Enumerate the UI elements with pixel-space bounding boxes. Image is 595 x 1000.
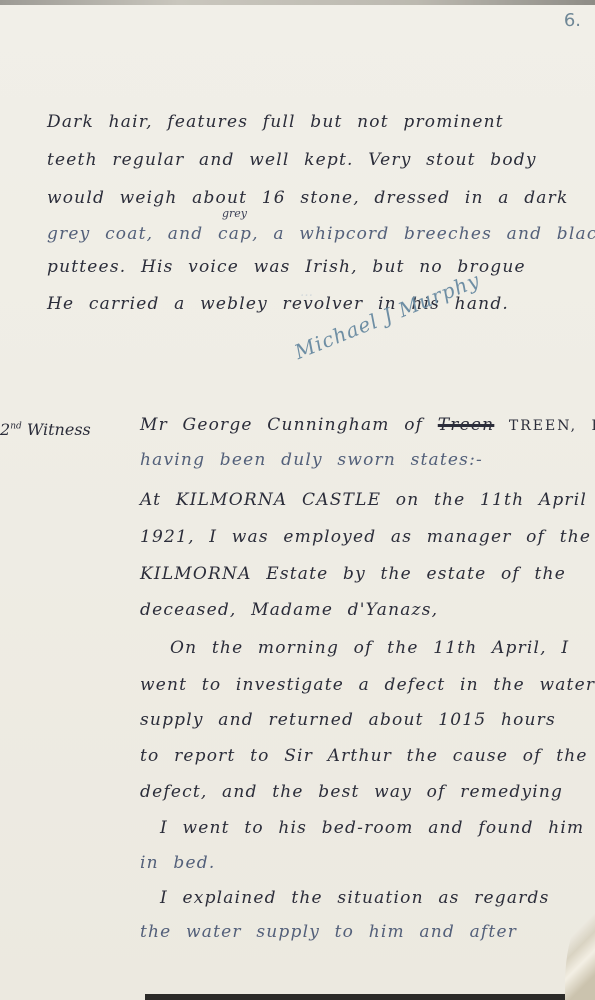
statement-line: At KILMORNA CASTLE on the 11th April xyxy=(140,490,587,510)
statement-line: deceased, Madame d'Yanazs, xyxy=(140,600,438,620)
statement-line: I went to his bed-room and found him xyxy=(160,818,584,838)
page-curl xyxy=(565,905,595,1000)
text-line: would weigh about 16 stone, dressed in a… xyxy=(47,188,568,208)
text-line: teeth regular and well kept. Very stout … xyxy=(47,150,537,170)
signature: Michael J Murphy xyxy=(291,268,483,364)
statement-line: I explained the situation as regards xyxy=(160,888,550,908)
witness-header-line: Mr George Cunningham of Treen TREEN, KIL… xyxy=(140,415,595,435)
statement-line: the water supply to him and after xyxy=(140,922,517,942)
statement-line: to report to Sir Arthur the cause of the xyxy=(140,746,588,766)
statement-line: On the morning of the 11th April, I xyxy=(170,638,569,658)
text-line: Dark hair, features full but not promine… xyxy=(47,112,504,132)
struck-word: Treen xyxy=(438,415,495,435)
inserted-word: grey xyxy=(222,207,247,220)
statement-line: defect, and the best way of remedying xyxy=(140,782,563,802)
statement-line: KILMORNA Estate by the estate of the xyxy=(140,564,566,584)
witness-ordinal-suffix: nd xyxy=(10,422,22,432)
sworn-statement-line: having been duly sworn states:- xyxy=(140,450,483,470)
statement-line: 1921, I was employed as manager of the xyxy=(140,527,591,547)
statement-line: supply and returned about 1015 hours xyxy=(140,710,556,730)
document-page: … 6. Dark hair, features full but not pr… xyxy=(0,0,595,1000)
statement-line: went to investigate a defect in the wate… xyxy=(140,675,595,695)
text-line: grey coat, and cap, a whipcord breeches … xyxy=(47,224,595,244)
witness-label: Witness xyxy=(27,420,91,439)
page-top-edge xyxy=(0,0,595,5)
witness-ordinal: 2 xyxy=(0,420,10,439)
page-bottom-edge xyxy=(145,994,565,1000)
text-line: puttees. His voice was Irish, but no bro… xyxy=(47,257,526,277)
witness-address: TREEN, KILMORNA xyxy=(509,418,595,434)
page-number: 6. xyxy=(564,10,581,31)
witness-margin-label: 2nd Witness xyxy=(0,420,91,439)
statement-line: in bed. xyxy=(140,853,215,873)
witness-name: Mr George Cunningham of xyxy=(140,415,423,435)
